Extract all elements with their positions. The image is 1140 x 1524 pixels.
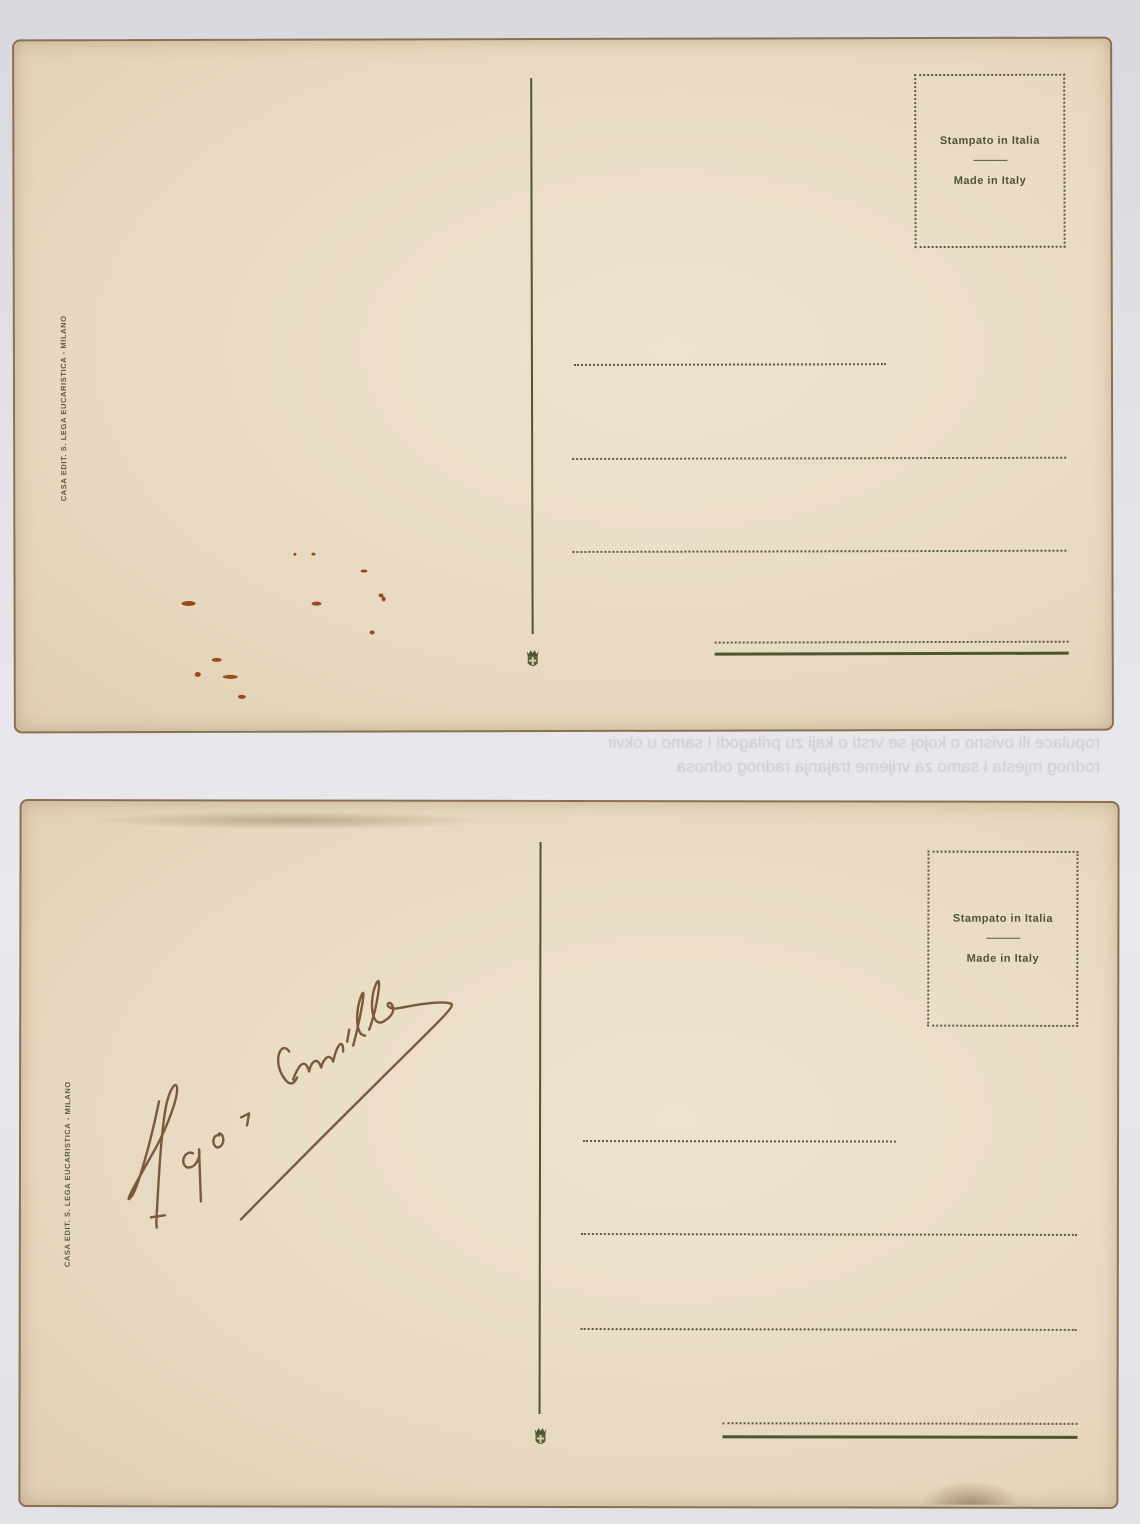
address-underline bbox=[715, 652, 1069, 656]
stamp-box: Stampato in Italia Made in Italy bbox=[927, 851, 1078, 1027]
address-line-1 bbox=[574, 363, 886, 366]
center-divider-line bbox=[530, 78, 533, 634]
publisher-imprint: CASA EDIT. S. LEGA EUCARISTICA - MILANO bbox=[59, 315, 68, 501]
soiling-top-edge bbox=[92, 811, 492, 830]
address-line-2 bbox=[572, 457, 1066, 460]
foxing-spot bbox=[238, 695, 246, 699]
foxing-spot bbox=[311, 553, 315, 556]
publisher-imprint: CASA EDIT. S. LEGA EUCARISTICA - MILANO bbox=[63, 1081, 72, 1267]
address-line-3 bbox=[581, 1328, 1077, 1331]
handwritten-signature: Egon Lemmlle bbox=[121, 911, 552, 1252]
foxing-spot bbox=[312, 602, 322, 606]
stamp-text-english: Made in Italy bbox=[954, 175, 1027, 187]
postcard-top: CASA EDIT. S. LEGA EUCARISTICA - MILANO … bbox=[12, 37, 1114, 734]
show-through-text-line-1: ropulace ili ovisno o kojoj se vrsti o k… bbox=[380, 733, 1100, 753]
foxing-spot bbox=[382, 596, 386, 601]
address-line-1 bbox=[583, 1140, 896, 1143]
address-line-4 bbox=[723, 1422, 1078, 1425]
stamp-text-italian: Stampato in Italia bbox=[953, 913, 1053, 925]
address-underline bbox=[723, 1435, 1078, 1439]
foxing-spot bbox=[370, 630, 375, 634]
show-through-text-line-2: rodnog mjesta i samo za vrijeme trajanja… bbox=[380, 757, 1100, 777]
postcard-bottom: CASA EDIT. S. LEGA EUCARISTICA - MILANO … bbox=[18, 799, 1119, 1509]
foxing-spot bbox=[293, 553, 296, 556]
address-line-4 bbox=[715, 641, 1069, 644]
crown-crest-icon bbox=[533, 1426, 547, 1448]
stamp-rule bbox=[986, 938, 1020, 939]
address-line-2 bbox=[581, 1233, 1077, 1236]
stamp-rule bbox=[973, 160, 1007, 161]
foxing-spot bbox=[195, 672, 201, 677]
foxing-spot bbox=[360, 570, 367, 573]
stamp-text-english: Made in Italy bbox=[967, 953, 1040, 965]
address-line-3 bbox=[572, 550, 1066, 553]
water-stain bbox=[920, 1481, 1020, 1505]
foxing-spot bbox=[223, 675, 238, 679]
crown-crest-icon bbox=[526, 648, 540, 670]
foxing-spot bbox=[182, 601, 196, 606]
stamp-text-italian: Stampato in Italia bbox=[940, 135, 1040, 147]
foxing-spot bbox=[212, 658, 222, 662]
stamp-box: Stampato in Italia Made in Italy bbox=[914, 74, 1065, 248]
